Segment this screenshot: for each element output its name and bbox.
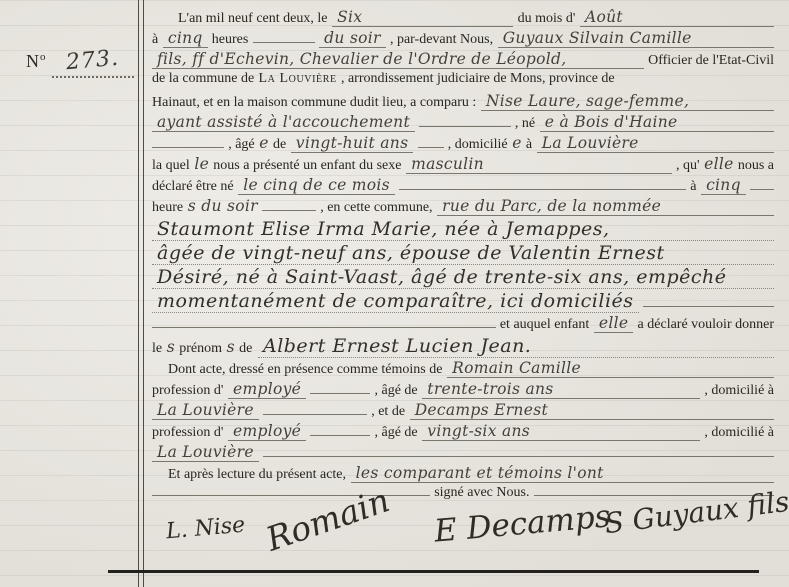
handwritten-entry-large: Staumont Elise Irma Marie, née à Jemappe… [152,218,774,241]
blank-line [263,456,774,457]
handwritten-entry-large: Désiré, né à Saint-Vaast, âgé de trente-… [152,266,774,289]
blank-line [263,414,367,415]
print-text: Et après lecture du présent acte, [168,467,346,483]
handwritten-text: s [167,338,175,356]
signatures: L. NiseRomainE DecampsS Guyaux fils [152,498,774,560]
record-line: La Louvière [152,443,774,464]
print-text: , âgé [228,137,254,153]
handwritten-entry: Août [580,8,774,27]
handwritten-entry: cinq [701,176,746,195]
blank-line [310,435,370,436]
print-text: , domicilié à [704,383,774,399]
handwritten-entry: les comparant et témoins l'ont [351,464,774,483]
print-text: , né [515,116,535,132]
handwritten-entry: La Louvière [152,401,259,420]
print-text: et auquel enfant [500,317,589,333]
blank-line [262,210,316,211]
blank-line [419,126,511,127]
record-line: Désiré, né à Saint-Vaast, âgé de trente-… [152,266,774,290]
record-line: ayant assisté à l'accouchement, née à Bo… [152,113,774,134]
print-text: , en cette commune, [320,200,432,216]
record-line: Staumont Elise Irma Marie, née à Jemappe… [152,218,774,242]
print-text: , arrondissement judiciaire de Mons, pro… [341,71,615,87]
record-line: et auquel enfantellea déclaré vouloir do… [152,314,774,335]
handwritten-entry: cinq [163,29,208,48]
blank-line [253,42,315,43]
print-text: à [526,137,532,153]
handwritten-entry: trente-trois ans [422,380,700,399]
print-text: Officier de l'Etat-Civil [648,53,774,69]
print-text: , domicilié à [704,425,774,441]
blank-line [418,147,444,148]
act-number-label: No 273. [26,48,119,73]
record-line: profession d'employé, âgé detrente-trois… [152,380,774,401]
handwritten-entry: e à Bois d'Haine [540,113,774,132]
handwritten-entry: Nise Laure, sage-femme, [481,92,774,111]
handwritten-entry: La Louvière [152,443,259,462]
signature: E Decamps [433,498,612,549]
print-text: heure [152,200,183,216]
record-body: L'an mil neuf cent deux, leSixdu mois d'… [152,8,774,506]
blank-line [152,327,496,328]
handwritten-entry: rue du Parc, de la nommée [437,197,774,216]
blank-line [750,189,774,190]
handwritten-entry: Guyaux Silvain Camille [498,29,774,48]
print-text: , qu' [676,158,700,174]
record-line: Dont acte, dressé en présence comme témo… [152,359,774,380]
handwritten-entry: Romain Camille [447,359,774,378]
record-line: momentanément de comparaître, ici domici… [152,290,774,314]
print-text: a déclaré vouloir donner [638,317,774,333]
record-line: heures du soir, en cette commune,rue du … [152,197,774,218]
handwritten-entry: La Louvière [537,134,774,153]
print-text: Hainaut, et en la maison commune dudit l… [152,95,476,111]
print-text: nous a [738,158,774,174]
blank-line [399,189,686,190]
print-text: L'an mil neuf cent deux, le [178,11,327,27]
record-line: de la commune deLa Louvière, arrondissem… [152,71,774,92]
print-text: , par-devant Nous, [390,32,493,48]
civil-record-page: No 273. L'an mil neuf cent deux, leSixdu… [0,0,789,587]
print-text: à [690,179,696,195]
print-text: à [152,32,158,48]
record-line: la quellenous a présenté un enfant du se… [152,155,774,176]
record-line: âgée de vingt-neuf ans, épouse de Valent… [152,242,774,266]
handwritten-entry: vingt-six ans [422,422,700,441]
print-text: déclaré être né [152,179,234,195]
print-text: , âgé de [375,425,418,441]
handwritten-entry-large: âgée de vingt-neuf ans, épouse de Valent… [152,242,774,265]
no-superscript: o [40,51,47,63]
print-text: , domicilié [448,137,508,153]
signature: L. Nise [165,513,246,545]
print-text: le [152,341,162,357]
handwritten-entry: fils, ff d'Echevin, Chevalier de l'Ordre… [152,50,644,69]
handwritten-text: s du soir [188,197,258,215]
record-line: La Louvière, et deDecamps Ernest [152,401,774,422]
print-text: prénom [179,341,222,357]
handwritten-entry: vingt-huit ans [291,134,414,153]
print-smallcaps: La Louvière [258,71,336,87]
print-text: de [273,137,286,153]
act-number-blank-line [52,76,134,78]
handwritten-entry: Decamps Ernest [410,401,774,420]
record-line: Et après lecture du présent acte,les com… [152,464,774,485]
print-text: la quel [152,158,190,174]
handwritten-entry: le cinq de ce mois [238,176,395,195]
record-line: , âgéedevingt-huit ans, domiciliéeàLa Lo… [152,134,774,155]
handwritten-entry: du soir [319,29,386,48]
handwritten-entry: employé [228,380,306,399]
print-text: heures [212,32,249,48]
handwritten-text: e [512,134,521,152]
record-line: Hainaut, et en la maison commune dudit l… [152,92,774,113]
handwritten-entry: ayant assisté à l'accouchement [152,113,415,132]
blank-line [310,393,370,394]
print-text: du mois d' [518,11,576,27]
record-line: fils, ff d'Echevin, Chevalier de l'Ordre… [152,50,774,71]
print-text: de la commune de [152,71,254,87]
blank-line [643,306,774,307]
bottom-rule [108,570,759,573]
record-line: àcinqheuresdu soir, par-devant Nous,Guya… [152,29,774,50]
record-line: L'an mil neuf cent deux, leSixdu mois d'… [152,8,774,29]
print-text: de [239,341,252,357]
handwritten-entry-large: Albert Ernest Lucien Jean. [258,335,774,358]
print-text: profession d' [152,425,223,441]
record-line: lesprénomsdeAlbert Ernest Lucien Jean. [152,335,774,359]
print-text: nous a présenté un enfant du sexe [213,158,401,174]
column-divider [138,0,144,587]
print-text: profession d' [152,383,223,399]
print-text: Dont acte, dressé en présence comme témo… [168,362,442,378]
record-line: profession d'employé, âgé devingt-six an… [152,422,774,443]
handwritten-text: le [194,155,209,173]
handwritten-entry: employé [228,422,306,441]
handwritten-entry: elle [594,314,633,333]
handwritten-entry-large: momentanément de comparaître, ici domici… [152,290,639,313]
handwritten-text: s [227,338,235,356]
no-label: N [26,51,40,71]
margin-column: No 273. [0,0,138,587]
print-text: , et de [371,404,405,420]
handwritten-entry: masculin [406,155,672,174]
blank-line [152,147,224,148]
handwritten-text: e [259,134,268,152]
act-number: 273. [65,46,120,76]
handwritten-entry: Six [332,8,513,27]
handwritten-text: elle [704,155,733,173]
print-text: , âgé de [375,383,418,399]
blank-line [152,495,430,496]
record-line: déclaré être néle cinq de ce moisàcinq [152,176,774,197]
